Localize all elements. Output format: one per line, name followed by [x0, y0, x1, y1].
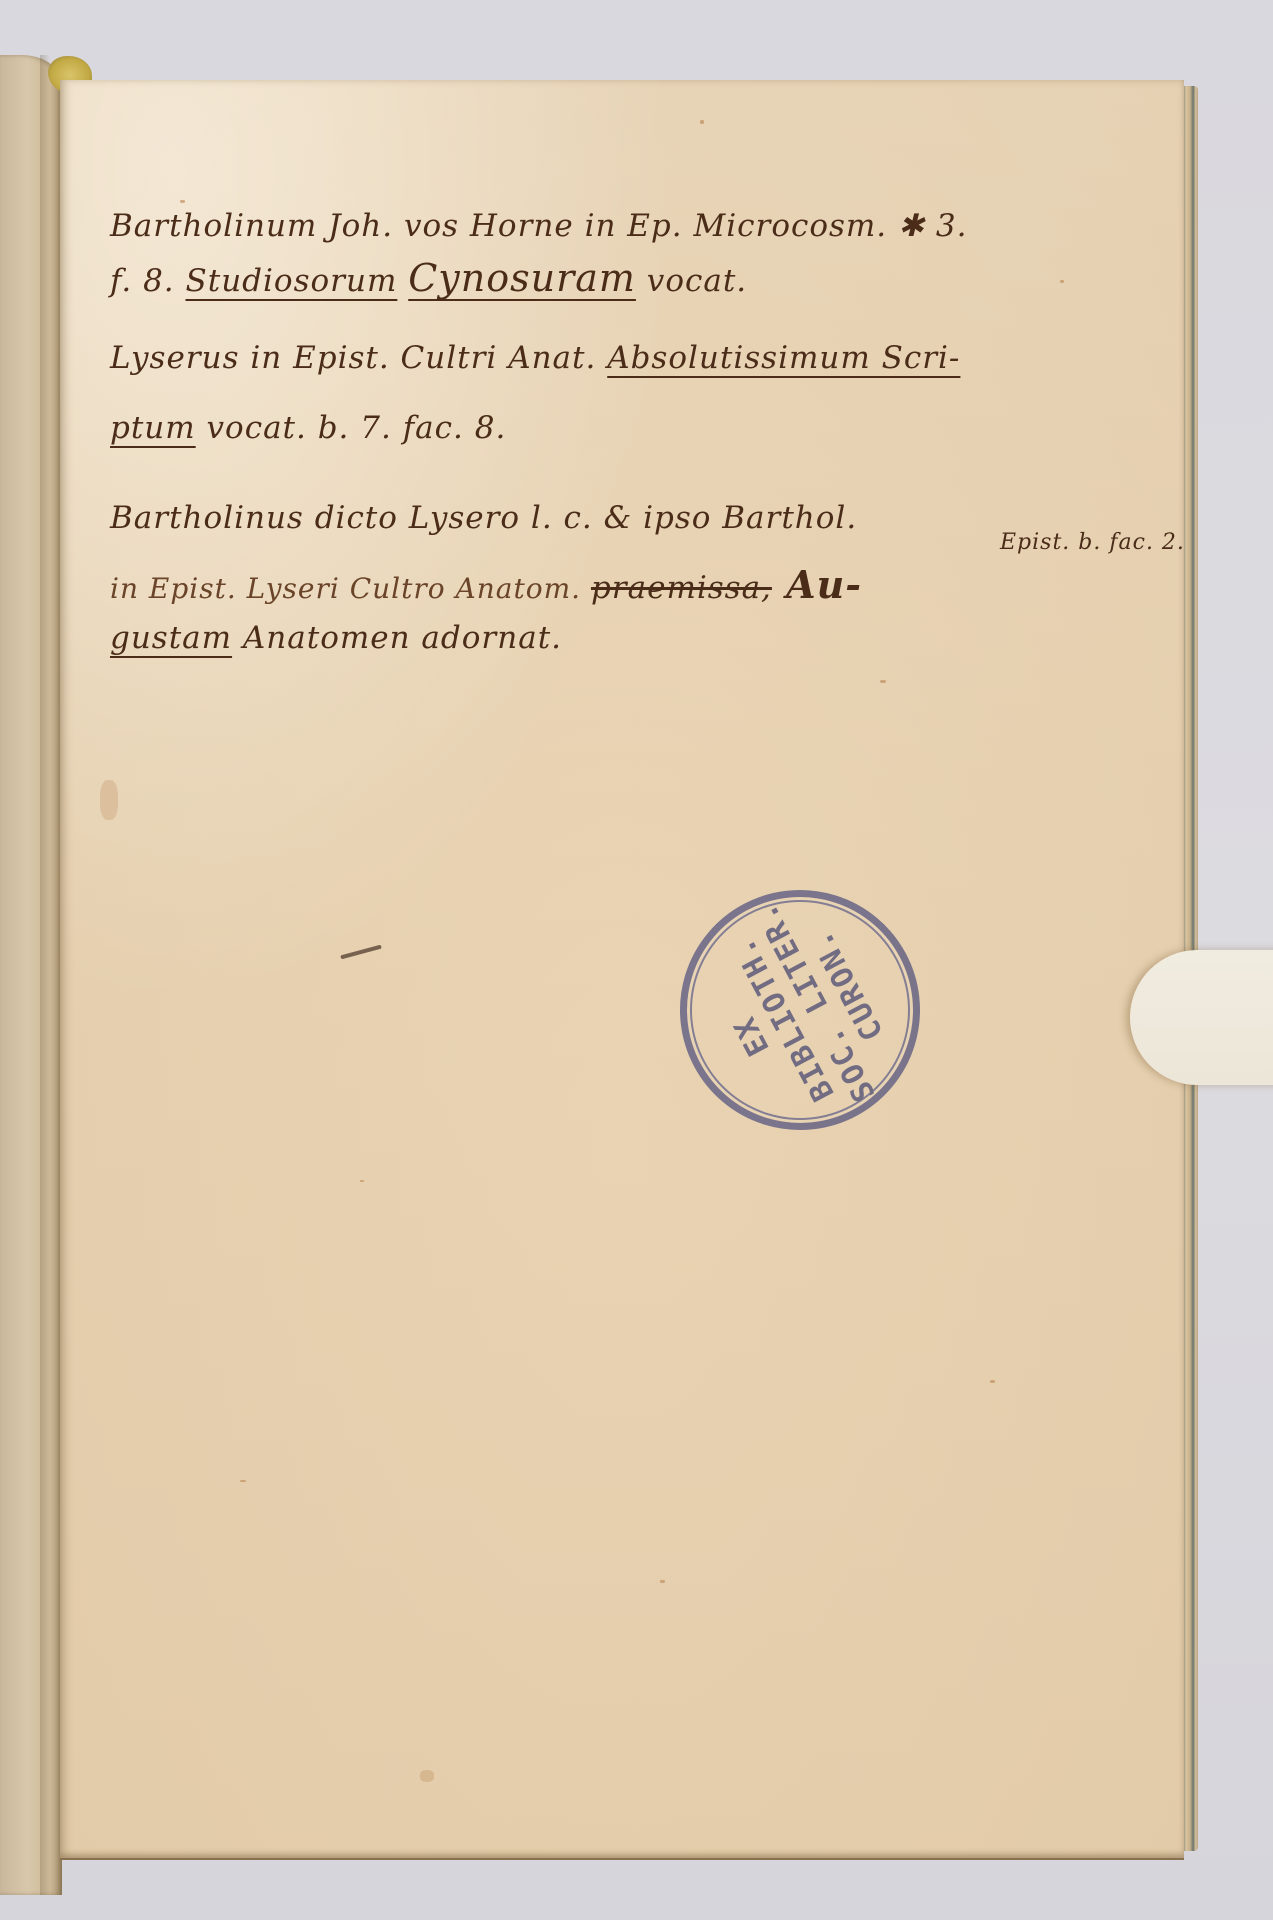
manuscript-text: Au- [772, 562, 862, 607]
paper-stain [100, 780, 118, 820]
manuscript-text: vocat. b. 7. fac. 8. [196, 410, 507, 446]
manuscript-interlinear-note: Epist. b. fac. 2. [1000, 530, 1185, 555]
manuscript-text: f. 8. [110, 263, 186, 299]
manuscript-line-4: ptum vocat. b. 7. fac. 8. [110, 410, 506, 446]
paper-fleck [180, 200, 185, 203]
manuscript-text: in Epist. Lyseri Cultro Anatom. [110, 572, 591, 605]
manuscript-struck-text: praemissa, [591, 570, 772, 606]
manuscript-underlined-text: Absolutissimum Scri- [607, 340, 960, 376]
book-binding-spine [0, 55, 62, 1895]
manuscript-line-2: f. 8. Studiosorum Cynosuram vocat. [110, 256, 747, 300]
paper-fleck [240, 1480, 246, 1482]
paper-stain [420, 1770, 434, 1782]
manuscript-line-3: Lyserus in Epist. Cultri Anat. Absolutis… [110, 340, 960, 376]
paper-fleck [700, 120, 704, 124]
manuscript-underlined-text: gustam [110, 620, 232, 656]
paper-fleck [990, 1380, 995, 1383]
manuscript-underlined-text: Cynosuram [408, 256, 636, 300]
manuscript-underlined-text: ptum [110, 410, 196, 446]
manuscript-line-7: gustam Anatomen adornat. [110, 620, 562, 656]
manuscript-space [397, 263, 408, 299]
paper-fleck [1060, 280, 1064, 283]
manuscript-text: vocat. [636, 263, 747, 299]
manuscript-text: Lyserus in Epist. Cultri Anat. [110, 340, 607, 376]
manuscript-underlined-text: Studiosorum [186, 263, 398, 299]
manuscript-text: Anatomen adornat. [232, 620, 562, 656]
paper-bookmark-tab[interactable] [1130, 950, 1273, 1085]
paper-fleck [360, 1180, 364, 1182]
manuscript-text: Bartholinus dicto Lysero l. c. & ipso Ba… [110, 500, 857, 536]
manuscript-line-6: in Epist. Lyseri Cultro Anatom. praemiss… [110, 562, 862, 607]
manuscript-line-1: Bartholinum Joh. vos Horne in Ep. Microc… [110, 208, 967, 244]
manuscript-text: Bartholinum Joh. vos Horne in Ep. Microc… [110, 208, 967, 244]
binding-fold-shadow [40, 55, 50, 1895]
manuscript-line-5: Bartholinus dicto Lysero l. c. & ipso Ba… [110, 500, 857, 536]
paper-fleck [880, 680, 886, 683]
paper-fleck [660, 1580, 665, 1583]
